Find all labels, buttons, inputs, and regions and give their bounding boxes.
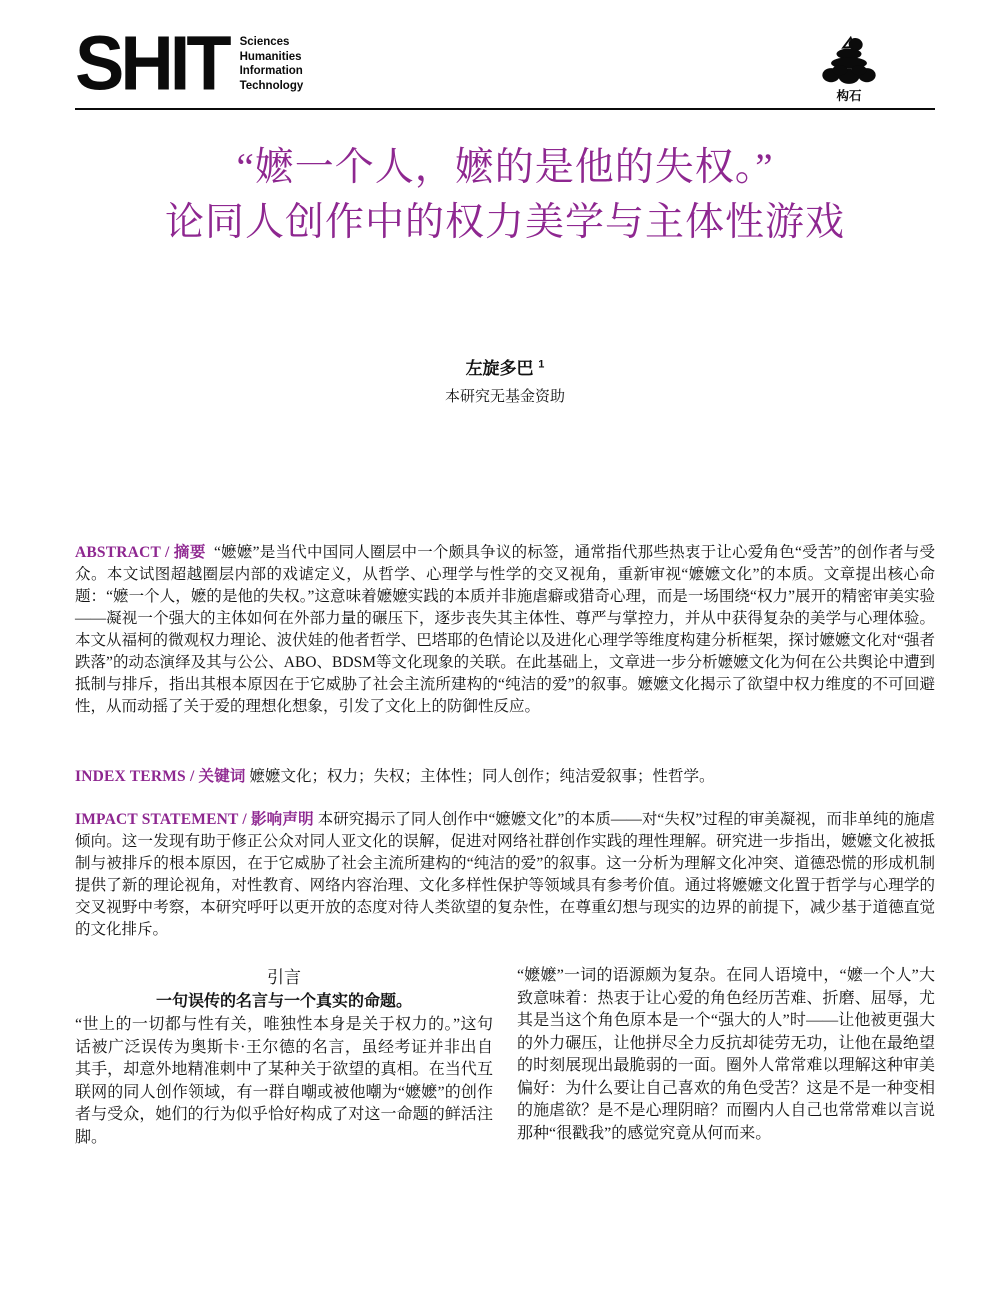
impact-statement-label: IMPACT STATEMENT / 影响声明 <box>75 811 314 828</box>
author-name-text: 左旋多巴 <box>466 359 534 378</box>
frontmatter-section: ABSTRACT / 摘要 “嬷嬷”是当代中国同人圈层中一个颇具争议的标签，通常… <box>75 542 935 941</box>
author-affiliation: 本研究无基金资助 <box>75 385 935 406</box>
journal-header: SHIT Sciences Humanities Information Tec… <box>75 30 935 104</box>
index-terms-paragraph: INDEX TERMS / 关键词 嬷嬷文化；权力；失权；主体性；同人创作；纯洁… <box>75 766 935 788</box>
abstract-label: ABSTRACT / 摘要 <box>75 544 206 561</box>
introduction-subheading: 一句误传的名言与一个真实的命题。 <box>75 990 493 1014</box>
paper-title-line-1: “嬷一个人，嬷的是他的失权。” <box>75 140 935 195</box>
journal-logo-subtitle: Sciences Humanities Information Technolo… <box>240 35 304 93</box>
header-divider <box>75 108 935 110</box>
introduction-right-paragraph: “嬷嬷”一词的语源颇为复杂。在同人语境中，“嬷一个人”大致意味着：热衷于让心爱的… <box>517 965 935 1145</box>
paper-title-line-2: 论同人创作中的权力美学与主体性游戏 <box>75 195 935 250</box>
impact-statement-text: 本研究揭示了同人创作中“嬷嬷文化”的本质——对“失权”过程的审美凝视，而非单纯的… <box>75 811 935 938</box>
impact-statement-paragraph: IMPACT STATEMENT / 影响声明 本研究揭示了同人创作中“嬷嬷文化… <box>75 809 935 941</box>
intro-left-column: 引言 一句误传的名言与一个真实的命题。 “世上的一切都与性有关，唯独性本身是关于… <box>75 965 493 1149</box>
introduction-section: 引言 一句误传的名言与一个真实的命题。 “世上的一切都与性有关，唯独性本身是关于… <box>75 965 935 1149</box>
subtitle-line: Information <box>240 64 304 79</box>
publisher-logo-block: 构石 <box>813 36 885 104</box>
index-terms-text: 嬷嬷文化；权力；失权；主体性；同人创作；纯洁爱叙事；性哲学。 <box>250 768 715 785</box>
index-terms-label: INDEX TERMS / 关键词 <box>75 768 246 785</box>
subtitle-line: Technology <box>240 79 304 94</box>
journal-logo-wordmark: SHIT <box>75 30 228 97</box>
introduction-left-paragraph: “世上的一切都与性有关，唯独性本身是关于权力的。”这句话被广泛误传为奥斯卡·王尔… <box>75 1014 493 1149</box>
subtitle-line: Sciences <box>240 35 304 50</box>
subtitle-line: Humanities <box>240 50 304 65</box>
poop-pile-icon <box>819 36 879 86</box>
intro-right-column: “嬷嬷”一词的语源颇为复杂。在同人语境中，“嬷一个人”大致意味着：热衷于让心爱的… <box>517 965 935 1149</box>
paper-title: “嬷一个人，嬷的是他的失权。” 论同人创作中的权力美学与主体性游戏 <box>75 140 935 250</box>
author-affiliation-superscript: 1 <box>538 358 544 370</box>
paper-page: SHIT Sciences Humanities Information Tec… <box>0 0 1000 1294</box>
journal-brand: SHIT Sciences Humanities Information Tec… <box>75 30 303 94</box>
author-name: 左旋多巴 1 <box>75 354 935 379</box>
introduction-heading: 引言 <box>75 965 493 990</box>
author-block: 左旋多巴 1 本研究无基金资助 <box>75 354 935 406</box>
abstract-text: “嬷嬷”是当代中国同人圈层中一个颇具争议的标签，通常指代那些热衷于让心爱角色“受… <box>75 544 935 715</box>
publisher-caption: 构石 <box>813 86 885 104</box>
abstract-paragraph: ABSTRACT / 摘要 “嬷嬷”是当代中国同人圈层中一个颇具争议的标签，通常… <box>75 542 935 718</box>
